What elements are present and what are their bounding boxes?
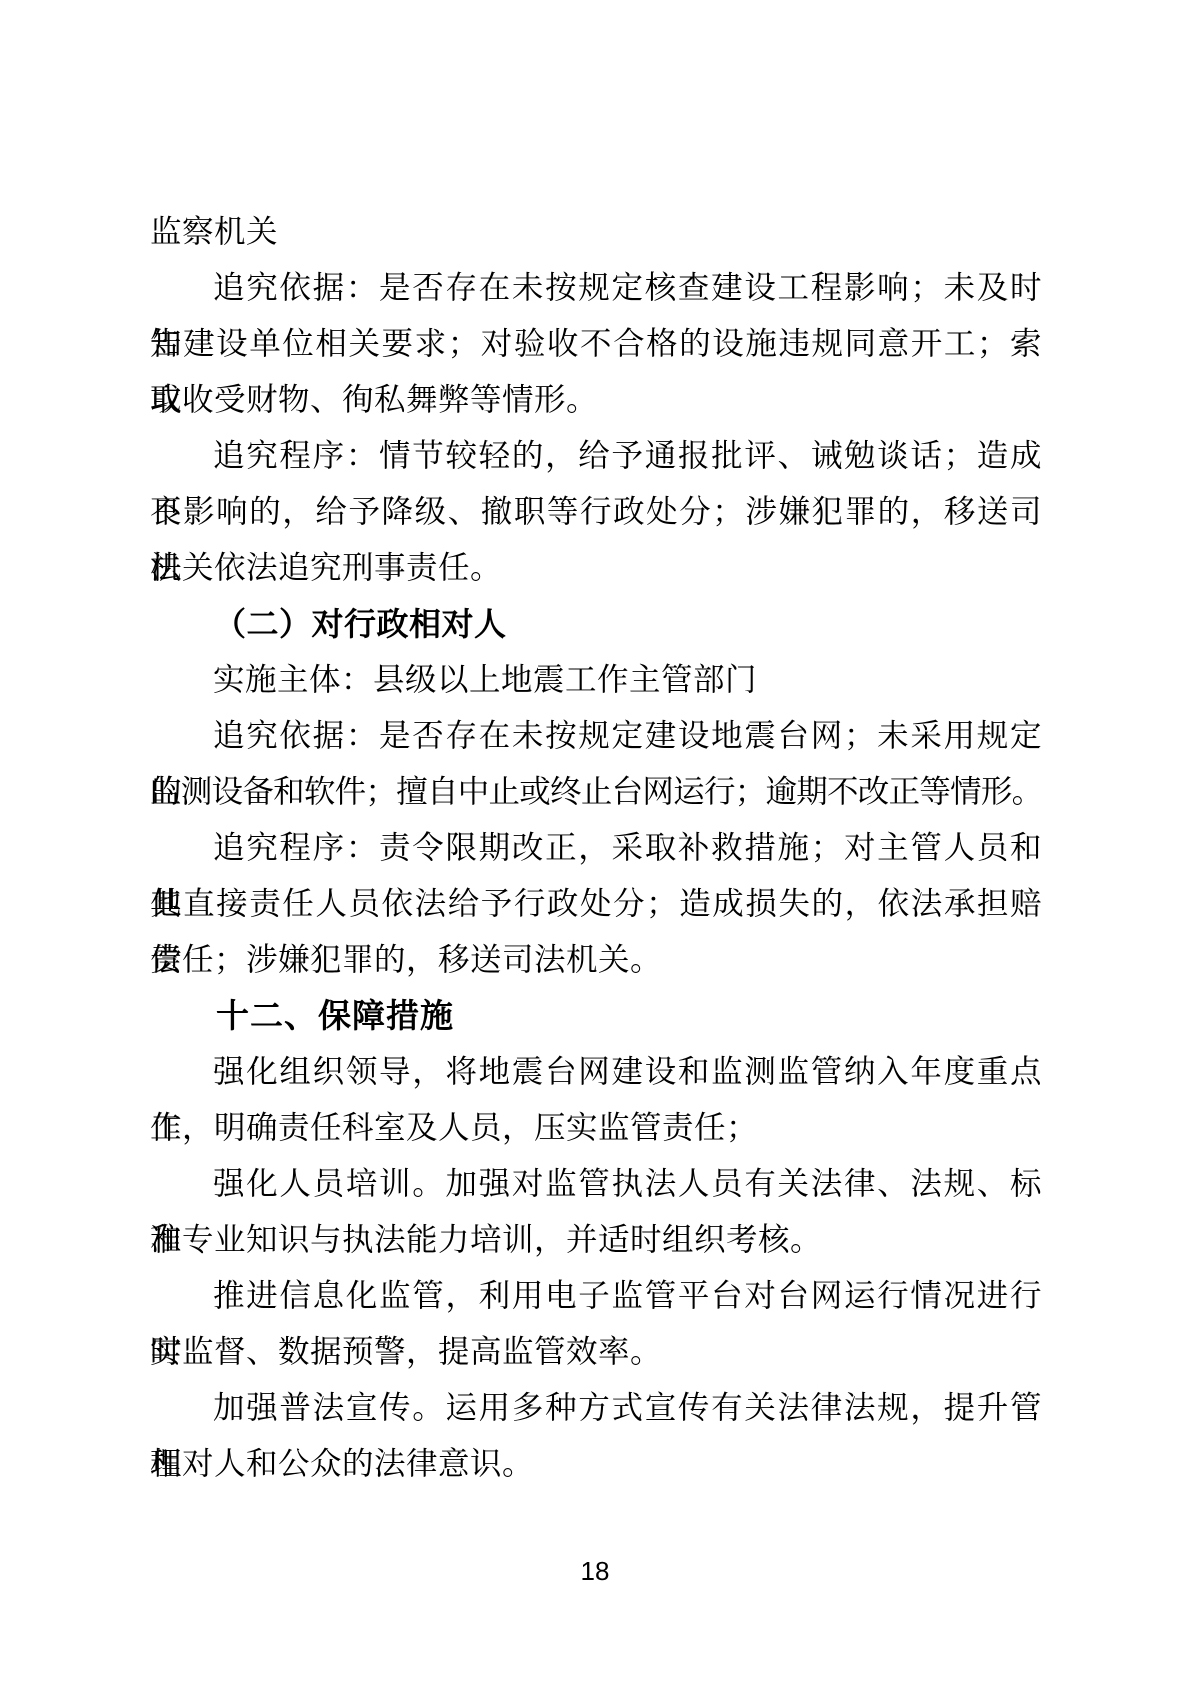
text-line: 追究依据：是否存在未按规定建设地震台网；未采用规定的 — [150, 708, 1042, 764]
text-line: 和专业知识与执法能力培训，并适时组织考核。 — [150, 1212, 1042, 1268]
text-line: 知建设单位相关要求；对验收不合格的设施违规同意开工；索取 — [150, 316, 1042, 372]
text-line: 追究程序：情节较轻的，给予通报批评、诫勉谈话；造成不 — [150, 428, 1042, 484]
heading-section-2: （二）对行政相对人 — [150, 596, 1042, 652]
text-line: 他直接责任人员依法给予行政处分；造成损失的，依法承担赔偿 — [150, 876, 1042, 932]
text-line: 良影响的，给予降级、撤职等行政处分；涉嫌犯罪的，移送司法 — [150, 484, 1042, 540]
text-line: 追究程序：责令限期改正，采取补救措施；对主管人员和其 — [150, 820, 1042, 876]
text-line: 相对人和公众的法律意识。 — [150, 1436, 1042, 1492]
text-line: 责任；涉嫌犯罪的，移送司法机关。 — [150, 932, 1042, 988]
text-line: 强化组织领导，将地震台网建设和监测监管纳入年度重点工 — [150, 1044, 1042, 1100]
text-line: 时监督、数据预警，提高监管效率。 — [150, 1324, 1042, 1380]
text-line: 实施主体：县级以上地震工作主管部门 — [150, 652, 1042, 708]
text-line: 或收受财物、徇私舞弊等情形。 — [150, 372, 1042, 428]
heading-section-12: 十二、保障措施 — [150, 988, 1042, 1044]
text-block: 监察机关 追究依据：是否存在未按规定核查建设工程影响；未及时告 知建设单位相关要… — [150, 204, 1042, 1492]
text-line: 推进信息化监管，利用电子监管平台对台网运行情况进行实 — [150, 1268, 1042, 1324]
text-line: 监察机关 — [150, 204, 1042, 260]
text-line: 监测设备和软件；擅自中止或终止台网运行；逾期不改正等情形。 — [150, 764, 1042, 820]
document-page: { "page": { "number": "18", "background_… — [0, 0, 1190, 1683]
text-line: 作，明确责任科室及人员，压实监管责任； — [150, 1100, 1042, 1156]
text-line: 追究依据：是否存在未按规定核查建设工程影响；未及时告 — [150, 260, 1042, 316]
text-line: 机关依法追究刑事责任。 — [150, 540, 1042, 596]
text-line: 加强普法宣传。运用多种方式宣传有关法律法规，提升管理 — [150, 1380, 1042, 1436]
text-line: 强化人员培训。加强对监管执法人员有关法律、法规、标准 — [150, 1156, 1042, 1212]
page-number: 18 — [0, 1556, 1190, 1587]
